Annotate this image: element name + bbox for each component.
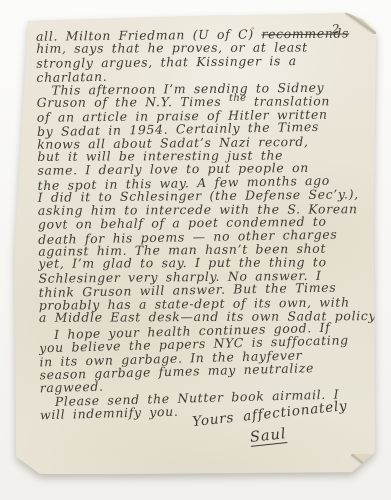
line-text: translation: [246, 94, 330, 109]
letter-line: but it will be interesting just the: [37, 148, 369, 163]
letter-line: asking him to intercede with the S. Kore…: [38, 202, 370, 217]
letter-paper: 2 all. Milton Friedman (U of C) recommen…: [14, 12, 376, 474]
inserted-word: the: [229, 92, 246, 103]
letter-page: 2 all. Milton Friedman (U of C) recommen…: [14, 12, 376, 474]
folded-corner-bottom-right: [351, 454, 376, 474]
signature: Saul: [249, 426, 287, 446]
letter-line: yet, I’m glad to say. I put the thing to: [38, 256, 370, 271]
letter-line: him, says that he proves, or at least: [36, 41, 368, 56]
line-text: Gruson of the N.Y. Times: [37, 94, 229, 110]
letter-body: all. Milton Friedman (U of C) recommends…: [36, 26, 372, 419]
letter-line: Gruson of the N.Y. Times the translation: [37, 94, 369, 109]
